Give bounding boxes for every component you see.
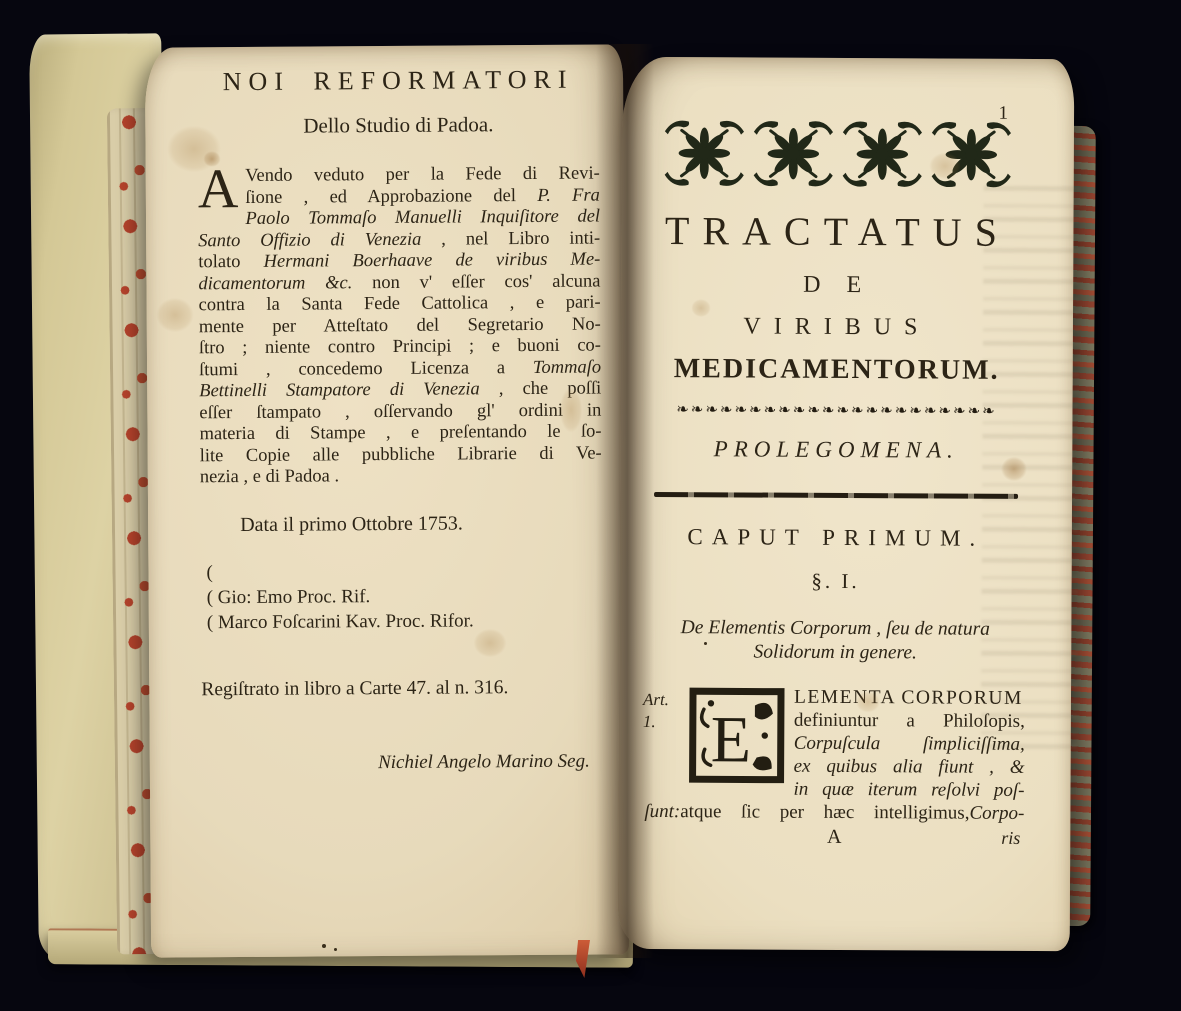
license-line: contra la Santa Fede Cattolica , e pari- (199, 293, 601, 317)
margin-note-line: 1. (643, 711, 687, 733)
date-line: Data il primo Ottobre 1753. (200, 511, 602, 537)
page-number: 1 (998, 103, 1008, 125)
drop-cap-letter: A (198, 166, 246, 210)
license-line: dicamentorum &c. non v' eſſer cos' alcun… (198, 271, 600, 295)
book-photograph: NOI REFORMATORI Dello Studio di Padoa. A… (0, 0, 1181, 1011)
body-full-line: ſunt:atque ſic per hæc intelligimus,Corp… (644, 800, 1024, 825)
title-tractatus: TRACTATUS (647, 207, 1027, 256)
margin-note: Art. 1. (643, 689, 687, 733)
signature-line: ( Marco Foſcarini Kav. Proc. Rifor. (207, 607, 603, 635)
subject-heading: De Elementis Corporum , ſeu de natura So… (645, 616, 1025, 666)
license-line: Paolo Tommaſo Manuelli Inquiſitore del (198, 207, 600, 231)
catchword: ris (1001, 827, 1020, 850)
ink-fleck (334, 948, 337, 951)
license-line: nezia , e di Padoa . (200, 464, 602, 488)
title-viribus: VIRIBUS (647, 313, 1027, 342)
license-line: materia di Stampe , e preſentando le ſo- (199, 422, 601, 446)
license-line: Bettinelli Stampatore di Venezia , che p… (199, 379, 601, 403)
paragraph-mark: §. I. (646, 568, 1026, 595)
frieze-ornament-icon: ❧❧❧❧❧❧❧❧❧❧❧❧❧❧❧❧❧❧❧❧❧❧ (646, 400, 1026, 420)
subject-line: Solidorum in genere. (645, 640, 1025, 666)
signature-line: ( Gio: Emo Proc. Rif. (207, 582, 603, 610)
margin-note-line: Art. (643, 689, 687, 711)
body-paragraph: Art. 1. E LEMENTA CORPORUM definiuntur a… (644, 685, 1025, 853)
right-page: 1 (618, 57, 1075, 951)
headpiece-ornament-icon (660, 115, 1016, 193)
license-line: ſtumi , concedemo Licenza a Tommaſo (199, 357, 601, 381)
license-line: eſſer ſtampato , oſſervando gl' ordini i… (199, 400, 601, 424)
left-page-heading: NOI REFORMATORI (197, 65, 599, 98)
gathering-signature: A (827, 826, 842, 849)
ink-fleck (322, 944, 326, 948)
signature-block: ( ( Gio: Emo Proc. Rif. ( Marco Foſcarin… (200, 557, 603, 635)
right-page-text-block: TRACTATUS D E VIRIBUS MEDICAMENTORUM. ❧❧… (644, 57, 1028, 853)
secretary-signature: Nichiel Angelo Marino Seg. (202, 750, 604, 775)
ink-fleck (704, 642, 707, 645)
registration-line: Regiſtrato in libro a Carte 47. al n. 31… (201, 676, 603, 701)
license-line: mente per Atteſtato del Segretario No- (199, 314, 601, 338)
title-de: D E (647, 271, 1027, 300)
left-page-text-block: NOI REFORMATORI Dello Studio di Padoa. A… (197, 65, 604, 775)
signature-catchword-row: A ris (644, 825, 1024, 853)
initial-letter: E (711, 703, 752, 776)
left-page-subheading: Dello Studio di Padoa. (197, 112, 599, 140)
license-line: ſtro ; niente contro Principi ; e buoni … (199, 336, 601, 360)
license-line: Vendo veduto per la Fede di Revi- (198, 164, 600, 188)
left-page: NOI REFORMATORI Dello Studio di Padoa. A… (145, 44, 629, 957)
decorated-initial-icon: E (689, 687, 786, 784)
license-line: lite Copie alle pubbliche Librarie di Ve… (200, 443, 602, 467)
license-line: tolato Hermani Boerhaave de viribus Me- (198, 250, 600, 274)
section-rule (654, 492, 1019, 499)
license-paragraph: A Vendo veduto per la Fede di Revi- ſion… (198, 164, 602, 489)
signature-line: ( (206, 557, 602, 585)
chapter-heading: CAPUT PRIMUM. (646, 524, 1026, 552)
title-medicamentorum: MEDICAMENTORUM. (647, 353, 1027, 387)
license-line: Santo Offizio di Venezia , nel Libro int… (198, 228, 600, 252)
subject-line: De Elementis Corporum , ſeu de natura (645, 616, 1025, 642)
license-line: ſione , ed Approbazione del P. Fra (198, 185, 600, 209)
section-heading: PROLEGOMENA. (646, 436, 1026, 464)
